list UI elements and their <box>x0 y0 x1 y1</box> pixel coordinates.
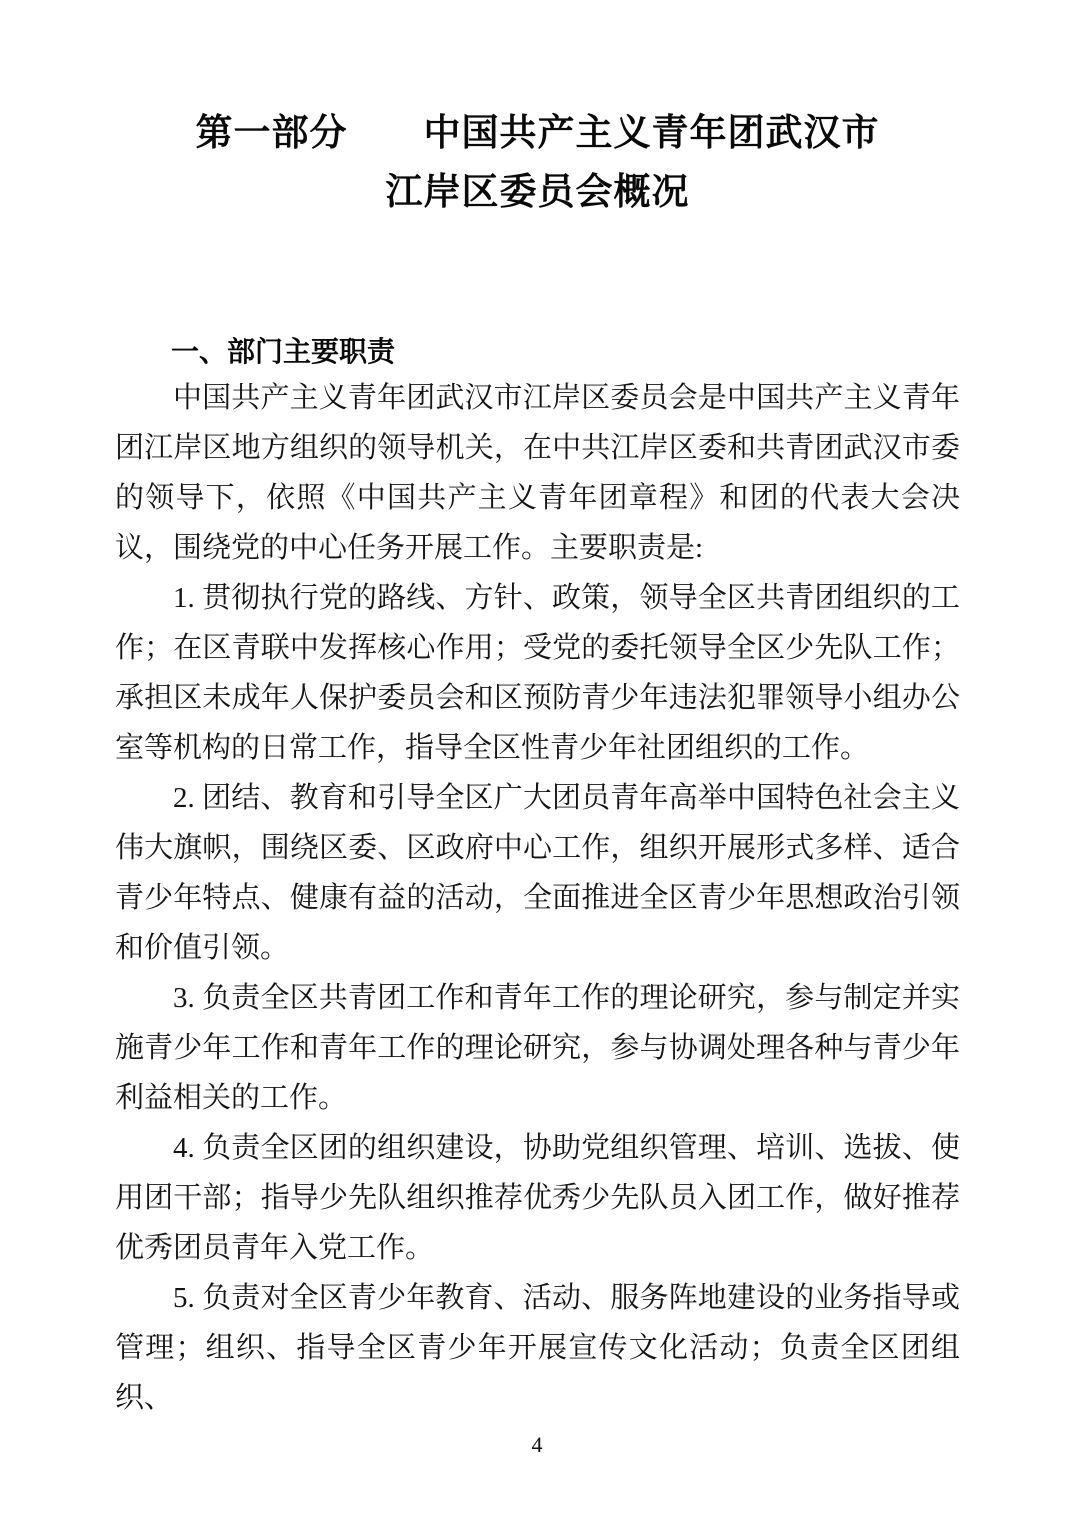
document-title-line2: 江岸区委员会概况 <box>386 171 690 212</box>
document-page: 第一部分 中国共产主义青年团武汉市 江岸区委员会概况 一、部门主要职责 中国共产… <box>115 0 960 1520</box>
document-title-line1: 第一部分 中国共产主义青年团武汉市 <box>196 112 880 153</box>
section-heading: 一、部门主要职责 <box>115 331 960 373</box>
paragraph-duty-5: 5. 负责对全区青少年教育、活动、服务阵地建设的业务指导或管理；组织、指导全区青… <box>115 1273 960 1423</box>
paragraph-intro: 中国共产主义青年团武汉市江岸区委员会是中国共产主义青年团江岸区地方组织的领导机关… <box>115 373 960 573</box>
document-body: 中国共产主义青年团武汉市江岸区委员会是中国共产主义青年团江岸区地方组织的领导机关… <box>115 373 960 1423</box>
document-title: 第一部分 中国共产主义青年团武汉市 江岸区委员会概况 <box>115 103 960 221</box>
paragraph-duty-4: 4. 负责全区团的组织建设，协助党组织管理、培训、选拔、使用团干部；指导少先队组… <box>115 1123 960 1273</box>
paragraph-duty-1: 1. 贯彻执行党的路线、方针、政策，领导全区共青团组织的工作；在区青联中发挥核心… <box>115 573 960 773</box>
paragraph-duty-3: 3. 负责全区共青团工作和青年工作的理论研究，参与制定并实施青少年工作和青年工作… <box>115 973 960 1123</box>
paragraph-duty-2: 2. 团结、教育和引导全区广大团员青年高举中国特色社会主义伟大旗帜，围绕区委、区… <box>115 773 960 973</box>
page-number: 4 <box>0 1432 1074 1458</box>
